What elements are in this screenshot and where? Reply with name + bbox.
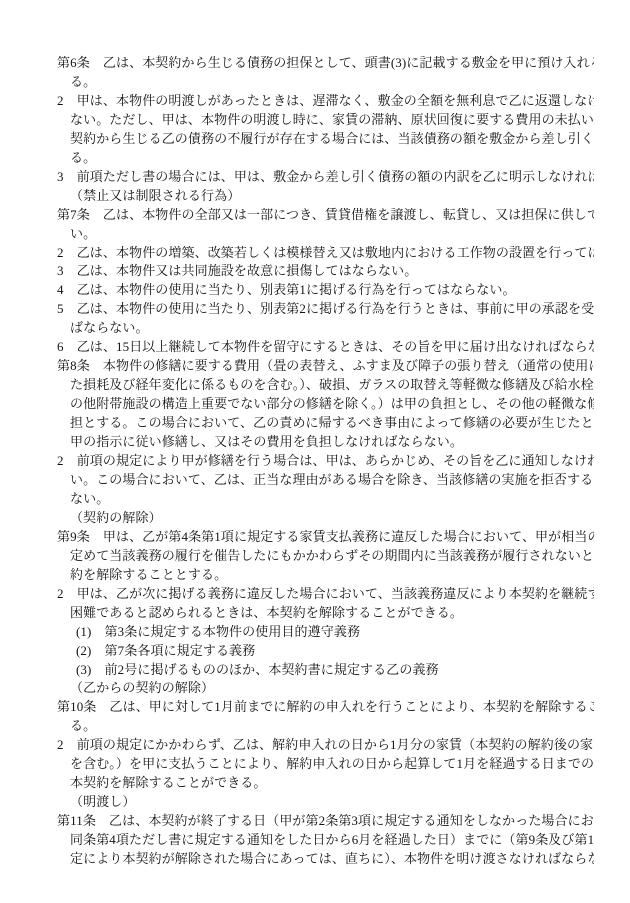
contract-text-line: を含む。）を甲に支払うことにより、解約申入れの日から起算して1月を経過する日まで… [57, 755, 594, 774]
contract-text-line: 2 甲は、乙が次に掲げる義務に違反した場合において、当該義務違反により本契約を継… [57, 585, 594, 604]
contract-text-line: （禁止又は制限される行為） [57, 187, 594, 206]
contract-text-line: た損耗及び経年変化に係るものを含む。）、破損、ガラスの取替え等軽微な修繕及び給水… [57, 376, 594, 395]
contract-text-line: （乙からの契約の解除） [57, 679, 594, 698]
contract-text-line: (1) 第3条に規定する本物件の使用目的遵守義務 [57, 623, 594, 642]
contract-text-line: （契約の解除） [57, 509, 594, 528]
contract-text-line: （明渡し） [57, 793, 594, 812]
contract-text-line: る。 [57, 73, 594, 92]
contract-text-line: い。 [57, 225, 594, 244]
contract-text-line: 第7条 乙は、本物件の全部又は一部につき、賃貸借権を譲渡し、転貸し、又は担保に供… [57, 206, 594, 225]
contract-text-line: 5 乙は、本物件の使用に当たり、別表第2に掲げる行為を行うときは、事前に甲の承認… [57, 300, 594, 319]
contract-text-line: ない。 [57, 490, 594, 509]
contract-text-line: 同条第4項ただし書に規定する通知をした日から6月を経過した日）までに（第9条及び… [57, 831, 594, 850]
contract-text-line: 2 前項の規定にかかわらず、乙は、解約申入れの日から1月分の家賃（本契約の解約後… [57, 736, 594, 755]
contract-text-line: る。 [57, 149, 594, 168]
contract-text-line: 定めて当該義務の履行を催告したにもかかわらずその期間内に当該義務が履行されないと… [57, 547, 594, 566]
contract-text-line: 契約から生じる乙の債務の不履行が存在する場合には、当該債務の額を敷金から差し引く… [57, 130, 594, 149]
contract-text-line: 2 甲は、本物件の明渡しがあったときは、遅滞なく、敷金の全額を無利息で乙に返還し… [57, 92, 594, 111]
contract-page: 第6条 乙は、本契約から生じる債務の担保として、頭書(3)に記載する敷金を甲に預… [0, 0, 630, 903]
contract-text-line: 4 乙は、本物件の使用に当たり、別表第1に掲げる行為を行ってはならない。 [57, 281, 594, 300]
contract-text-line: 約を解除することとする。 [57, 566, 594, 585]
contract-text-line: の他附帯施設の構造上重要でない部分の修繕を除く。）は甲の負担とし、その他の軽微な… [57, 395, 594, 414]
contract-text-line: (3) 前2号に掲げるもののほか、本契約書に規定する乙の義務 [57, 661, 594, 680]
contract-text-line: ばならない。 [57, 319, 594, 338]
contract-text-line: 6 乙は、15日以上継続して本物件を留守にするときは、その旨を甲に届け出なければ… [57, 338, 594, 357]
contract-text-line: 第9条 甲は、乙が第4条第1項に規定する家賃支払義務に違反した場合において、甲が… [57, 528, 594, 547]
contract-body: 第6条 乙は、本契約から生じる債務の担保として、頭書(3)に記載する敷金を甲に預… [57, 54, 594, 869]
contract-text-line: い。この場合において、乙は、正当な理由がある場合を除き、当該修繕の実施を拒否する… [57, 471, 594, 490]
contract-text-line: 甲の指示に従い修繕し、又はその費用を負担しなければならない。 [57, 433, 594, 452]
contract-text-line: 定により本契約が解除された場合にあっては、直ちに）、本物件を明け渡さなければなら… [57, 850, 594, 869]
contract-text-line: ない。ただし、甲は、本物件の明渡し時に、家賃の滞納、原状回復に要する費用の未払い… [57, 111, 594, 130]
contract-text-line: 3 前項ただし書の場合には、甲は、敷金から差し引く債務の額の内訳を乙に明示しなけ… [57, 168, 594, 187]
contract-text-line: 2 乙は、本物件の増築、改築若しくは模様替え又は敷地内における工作物の設置を行っ… [57, 244, 594, 263]
contract-text-line: 2 前項の規定により甲が修繕を行う場合は、甲は、あらかじめ、その旨を乙に通知しな… [57, 452, 594, 471]
contract-text-line: (2) 第7条各項に規定する義務 [57, 642, 594, 661]
contract-text-line: 第11条 乙は、本契約が終了する日（甲が第2条第3項に規定する通知をしなかった場… [57, 812, 594, 831]
contract-text-line: る。 [57, 717, 594, 736]
contract-text-line: 第8条 本物件の修繕に要する費用（畳の表替え、ふすま及び障子の張り替え（通常の使… [57, 357, 594, 376]
contract-text-line: 困難であると認められるときは、本契約を解除することができる。 [57, 604, 594, 623]
contract-text-line: 担とする。この場合において、乙の責めに帰するべき事由によって修繕の必要が生じたと… [57, 414, 594, 433]
contract-text-line: 3 乙は、本物件又は共同施設を故意に損傷してはならない。 [57, 262, 594, 281]
contract-text-line: 本契約を解除することができる。 [57, 774, 594, 793]
contract-text-line: 第10条 乙は、甲に対して1月前までに解約の申入れを行うことにより、本契約を解除… [57, 698, 594, 717]
contract-text-line: 第6条 乙は、本契約から生じる債務の担保として、頭書(3)に記載する敷金を甲に預… [57, 54, 594, 73]
